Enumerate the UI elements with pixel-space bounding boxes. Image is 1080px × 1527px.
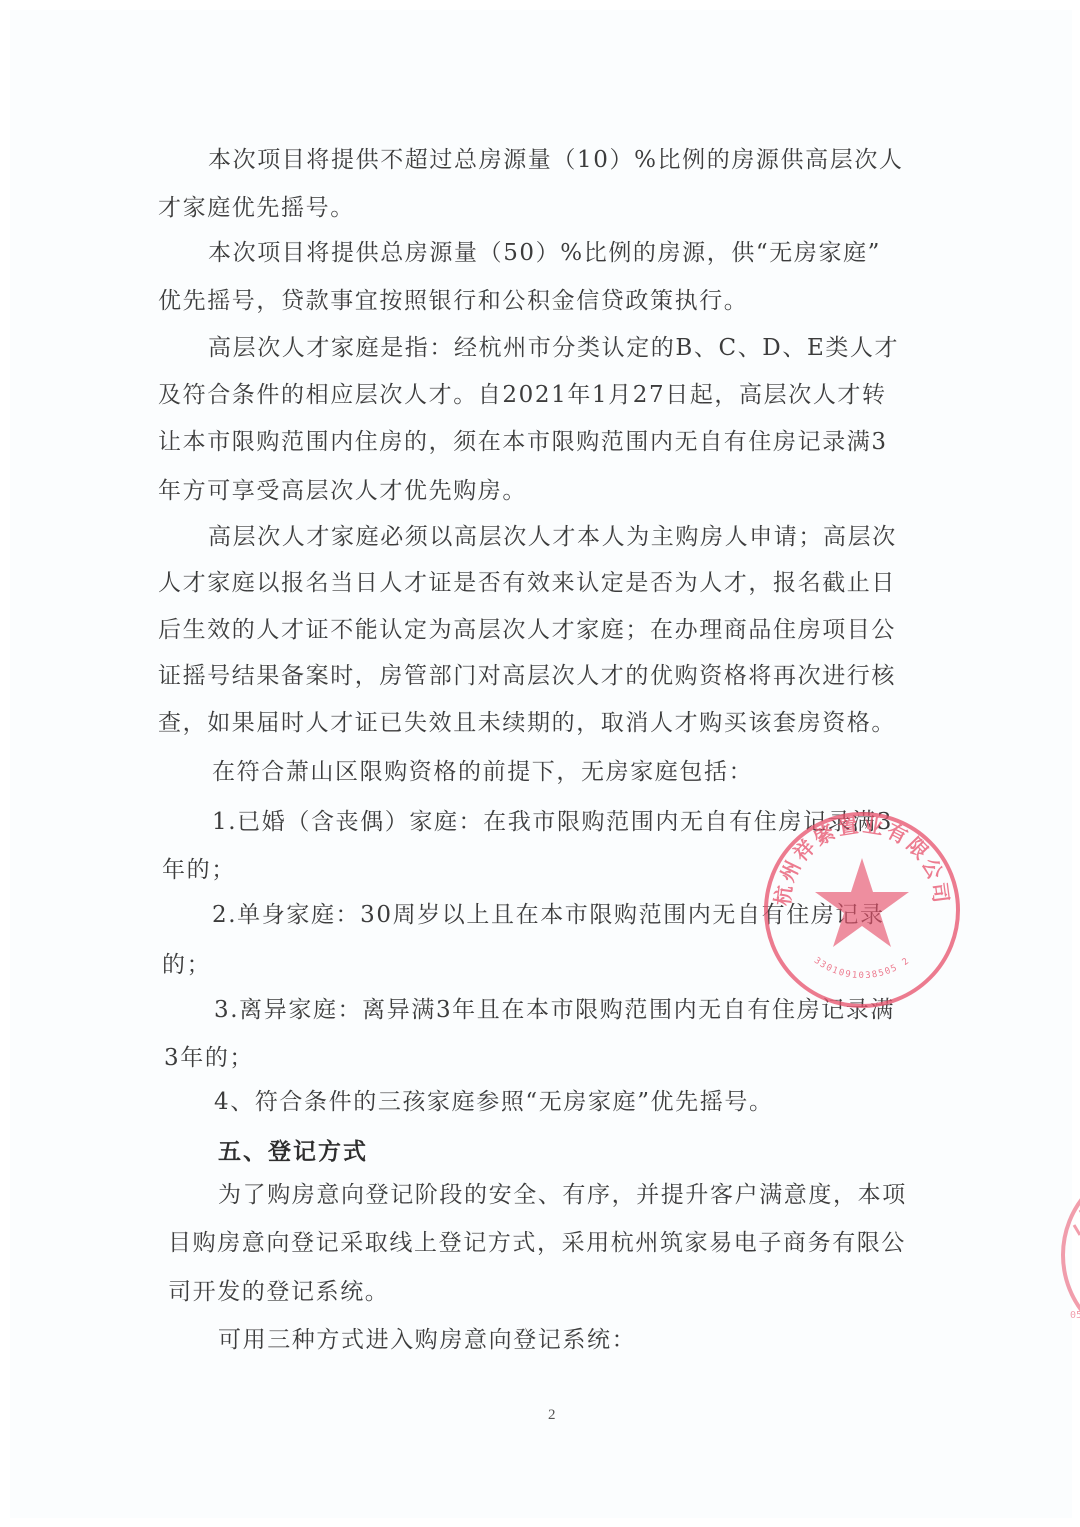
- paragraph-line: 高层次人才家庭是指：经杭州市分类认定的B、C、D、E类人才: [208, 333, 899, 363]
- paragraph-line: 后生效的人才证不能认定为高层次人才家庭；在办理商品住房项目公: [158, 615, 896, 645]
- paragraph-line: 的；: [162, 950, 211, 980]
- paragraph-line: 可用三种方式进入购房意向登记系统：: [218, 1325, 636, 1355]
- paragraph-line: 优先摇号，贷款事宜按照银行和公积金信贷政策执行。: [158, 286, 748, 316]
- section-heading: 五、登记方式: [218, 1137, 368, 1167]
- paragraph-line: 才家庭优先摇号。: [158, 193, 355, 223]
- svg-text:05: 05: [1070, 1310, 1080, 1321]
- page-number: 2: [548, 1407, 556, 1424]
- paragraph-line: 本次项目将提供不超过总房源量（10）%比例的房源供高层次人: [208, 145, 904, 175]
- paragraph-line: 3年的；: [164, 1043, 254, 1073]
- paragraph-line: 年的；: [162, 855, 236, 885]
- paragraph-line: 让本市限购范围内住房的，须在本市限购范围内无自有住房记录满3: [158, 427, 888, 457]
- paragraph-line: 目购房意向登记采取线上登记方式，采用杭州筑家易电子商务有限公: [168, 1228, 906, 1258]
- paragraph-line: 年方可享受高层次人才优先购房。: [158, 476, 527, 506]
- paragraph-line: 司开发的登记系统。: [168, 1277, 389, 1307]
- paragraph-line: 人才家庭以报名当日人才证是否有效来认定是否为人才，报名截止日: [158, 568, 896, 598]
- partial-seal-stamp: 05: [1050, 1150, 1080, 1360]
- svg-text:3301091038505 2: 3301091038505 2: [812, 956, 912, 981]
- paragraph-line: 本次项目将提供总房源量（50）%比例的房源，供“无房家庭”: [208, 238, 881, 268]
- paragraph-line: 为了购房意向登记阶段的安全、有序，并提升客户满意度，本项: [218, 1180, 907, 1210]
- paragraph-line: 高层次人才家庭必须以高层次人才本人为主购房人申请；高层次: [208, 522, 897, 552]
- paragraph-line: 证摇号结果备案时，房管部门对高层次人才的优购资格将再次进行核: [158, 661, 896, 691]
- paragraph-line: 4、符合条件的三孩家庭参照“无房家庭”优先摇号。: [214, 1087, 774, 1117]
- paragraph-line: 查，如果届时人才证已失效且未续期的，取消人才购买该套房资格。: [158, 708, 896, 738]
- paragraph-line: 3.离异家庭：离异满3年且在本市限购范围内无自有住房记录满: [214, 995, 895, 1025]
- paragraph-line: 2.单身家庭：30周岁以上且在本市限购范围内无自有住房记录: [212, 900, 885, 930]
- paragraph-line: 1.已婚（含丧偶）家庭：在我市限购范围内无自有住房记录满3: [212, 807, 893, 837]
- paragraph-line: 在符合萧山区限购资格的前提下，无房家庭包括：: [212, 757, 753, 787]
- document-page: 本次项目将提供不超过总房源量（10）%比例的房源供高层次人才家庭优先摇号。本次项…: [10, 10, 1072, 1518]
- paragraph-line: 及符合条件的相应层次人才。自2021年1月27日起，高层次人才转: [158, 380, 887, 410]
